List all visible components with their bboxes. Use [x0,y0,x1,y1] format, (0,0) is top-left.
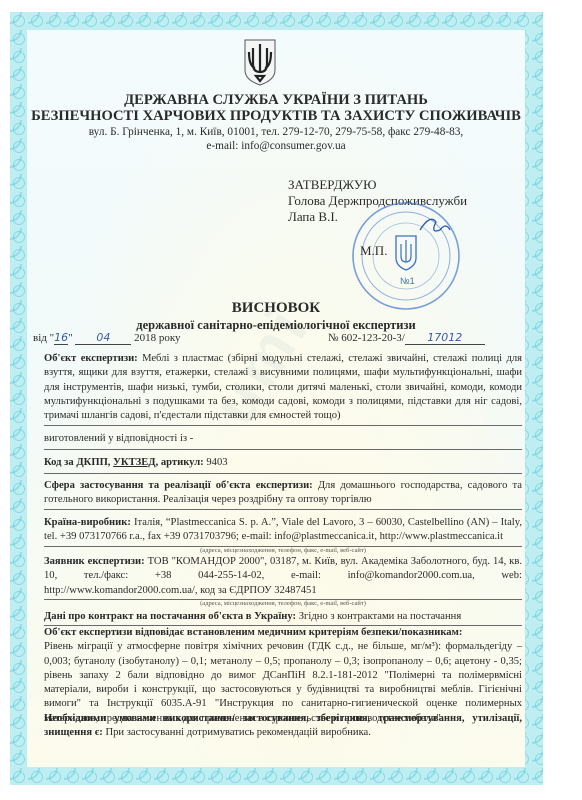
svg-text:№1: №1 [400,276,415,286]
org-name-line2: БЕЗПЕЧНОСТІ ХАРЧОВИХ ПРОДУКТІВ ТА ЗАХИСТ… [27,108,525,125]
approver-name: Лапа В.І. [288,209,338,225]
issue-date: від "16" 04 2018 року [33,331,181,345]
trident-coat-of-arms-icon [243,38,277,86]
document-number: № 602-123-20-3/17012 [328,331,485,345]
seal-place-label: М.П. [360,243,387,259]
applicant: Заявник експертизи: ТОВ "КОМАНДОР 2000",… [44,555,522,598]
divider [44,449,522,450]
document-number-handwritten: 17012 [405,331,485,345]
date-year: 2018 року [134,332,180,344]
approve-label: ЗАТВЕРДЖУЮ [288,177,376,193]
org-email: e-mail: info@consumer.gov.ua [27,139,525,153]
conditions-of-use: Необхідними умовами використання/ застос… [44,712,522,741]
scope-of-use: Сфера застосування та реалізації об'єкта… [44,479,522,508]
org-name-line1: ДЕРЖАВНА СЛУЖБА УКРАЇНИ З ПИТАНЬ [27,92,525,109]
contract-data: Дані про контракт на постачання об'єкта … [44,610,522,624]
address-hint: (адреса, місцезнаходження, телефон, факс… [44,547,522,554]
date-day: 16 [54,331,68,345]
divider [44,425,522,426]
product-code: Код за ДКПП, УКТЗЕД, артикул: 9403 [44,456,522,470]
divider [44,509,522,510]
address-hint: (адреса, місцезнаходження, телефон, факс… [44,600,522,607]
object-of-expertise: Об'єкт експертизи: Меблі з пластмас (збі… [44,352,522,423]
divider [44,473,522,474]
made-per-standard: виготовлений у відповідності із - [44,432,522,446]
date-month: 04 [75,331,131,345]
manufacturer-country: Країна-виробник: Італія, “Plastmeccanica… [44,516,522,545]
document-title: ВИСНОВОК [27,300,525,317]
org-address: вул. Б. Грінченка, 1, м. Київ, 01001, те… [27,125,525,139]
